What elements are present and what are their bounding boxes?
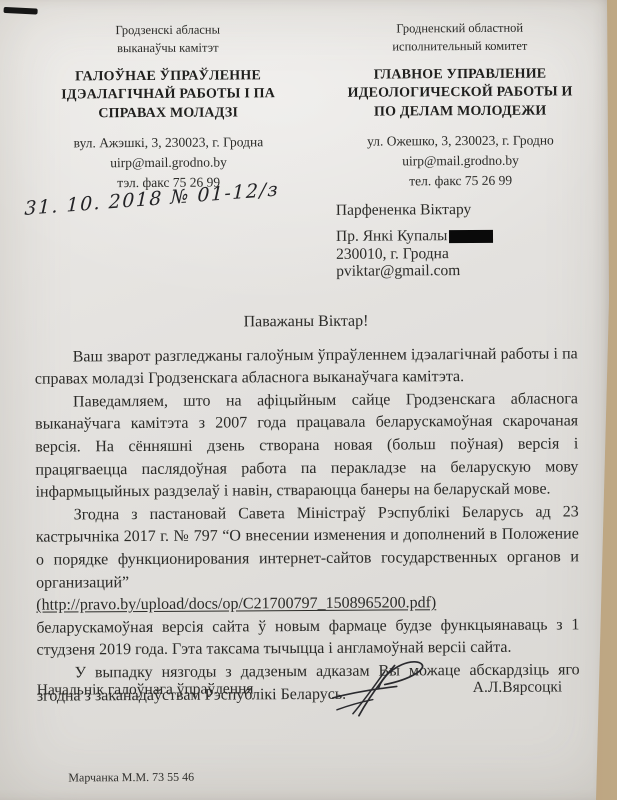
- letterhead-left: Гродзенскі абласны выканаўчы камітэт ГАЛ…: [36, 21, 301, 194]
- letterhead-right: Гродненский областной исполнительный ком…: [332, 19, 589, 192]
- document-url: (http://pravo.by/upload/docs/op/C2170079…: [36, 591, 579, 617]
- org-address-ru: ул. Ожешко, 3, 230023, г. Гродно: [332, 131, 588, 153]
- addressee-email: pviktar@gmail.com: [336, 262, 494, 281]
- paragraph-2: Паведамляем, што на афіцыйным сайце Грод…: [35, 388, 579, 504]
- paragraph-1: Ваш зварот разгледжаны галоўным ўпраўлен…: [35, 343, 578, 392]
- org-name-main-by: ГАЛОЎНАЕ ЎПРАЎЛЕННЕ ІДЭАЛАГІЧНАЙ РАБОТЫ …: [36, 67, 300, 124]
- addressee-name: Парфененка Віктару: [336, 201, 494, 220]
- scan-mark: [3, 7, 37, 15]
- letter-content: Гродзенскі абласны выканаўчы камітэт ГАЛ…: [0, 0, 617, 800]
- signature-flourish: [307, 653, 457, 726]
- paragraph-3-intro: Згодна з пастановай Савета Міністраў Рэс…: [36, 501, 580, 595]
- addressee-block: Парфененка Віктару Пр. Янкі Купалы 23001…: [336, 201, 494, 281]
- addressee-city: 230010, г. Гродна: [336, 244, 494, 263]
- signer-name: А.Л.Вярсоцкі: [473, 678, 563, 697]
- salutation: Паважаны Віктар!: [34, 309, 577, 335]
- executor-line: Марчанка М.М. 73 55 46: [68, 770, 194, 786]
- org-address-by: вул. Ажэшкі, 3, 230023, г. Гродна: [36, 132, 300, 154]
- redaction-bar: [449, 230, 493, 243]
- letter-paper: Гродзенскі абласны выканаўчы камітэт ГАЛ…: [0, 0, 617, 800]
- org-email-ru: uirp@mail.grodno.by: [332, 151, 588, 173]
- org-name-small-by: Гродзенскі абласны выканаўчы камітэт: [36, 21, 300, 58]
- letterhead: Гродзенскі абласны выканаўчы камітэт ГАЛ…: [0, 19, 616, 194]
- letter-body: Паважаны Віктар! Ваш зварот разгледжаны …: [34, 309, 579, 707]
- org-name-main-ru: ГЛАВНОЕ УПРАВЛЕНИЕ ИДЕОЛОГИЧЕСКОЙ РАБОТЫ…: [332, 65, 588, 122]
- addressee-street: Пр. Янкі Купалы: [336, 227, 494, 246]
- signer-title: Начальнік галоўнага ўпраўлення: [37, 680, 254, 699]
- scanned-letter: { "letterhead": { "left": { "org_small":…: [0, 0, 617, 800]
- addressee-street-text: Пр. Янкі Купалы: [336, 227, 448, 245]
- org-name-small-ru: Гродненский областной исполнительный ком…: [332, 19, 588, 56]
- org-phone-ru: тел. факс 75 26 99: [333, 171, 589, 193]
- org-contacts-ru: ул. Ожешко, 3, 230023, г. Гродно uirp@ma…: [332, 131, 588, 192]
- org-email-by: uirp@mail.grodno.by: [36, 152, 300, 174]
